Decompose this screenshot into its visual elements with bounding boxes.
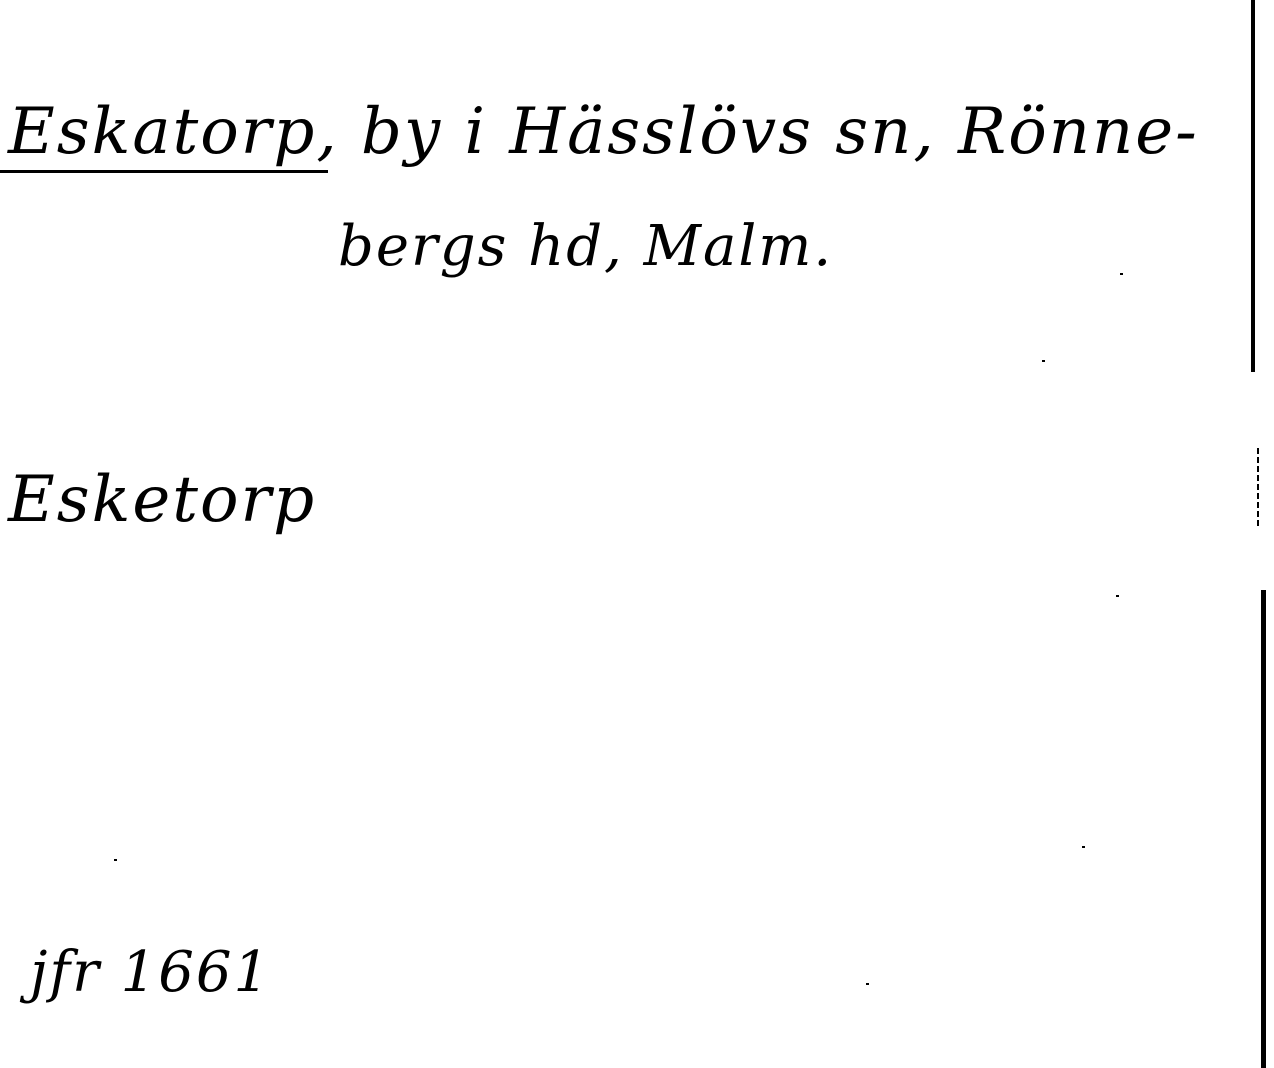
headword: Eskatorp	[8, 92, 316, 172]
card-edge-line	[1251, 0, 1255, 372]
scan-speck	[866, 983, 869, 985]
card-edge-line	[1257, 448, 1259, 526]
entry-line-2: bergs hd, Malm.	[338, 212, 833, 282]
scan-speck	[1120, 273, 1123, 275]
card-edge-line	[1261, 590, 1266, 1068]
variant-spelling: Esketorp	[8, 460, 316, 540]
entry-description-part-1: , by i Hässlövs sn, Rönne-	[316, 95, 1198, 169]
scan-speck	[114, 859, 117, 861]
index-card: Eskatorp, by i Hässlövs sn, Rönne- bergs…	[0, 0, 1274, 1068]
scan-speck	[1042, 360, 1045, 362]
headword-underline	[0, 170, 328, 173]
scan-speck	[1116, 595, 1119, 597]
scan-speck	[1082, 846, 1085, 848]
reference-note: jfr 1661	[30, 938, 271, 1008]
entry-line-1: Eskatorp, by i Hässlövs sn, Rönne-	[8, 92, 1199, 172]
